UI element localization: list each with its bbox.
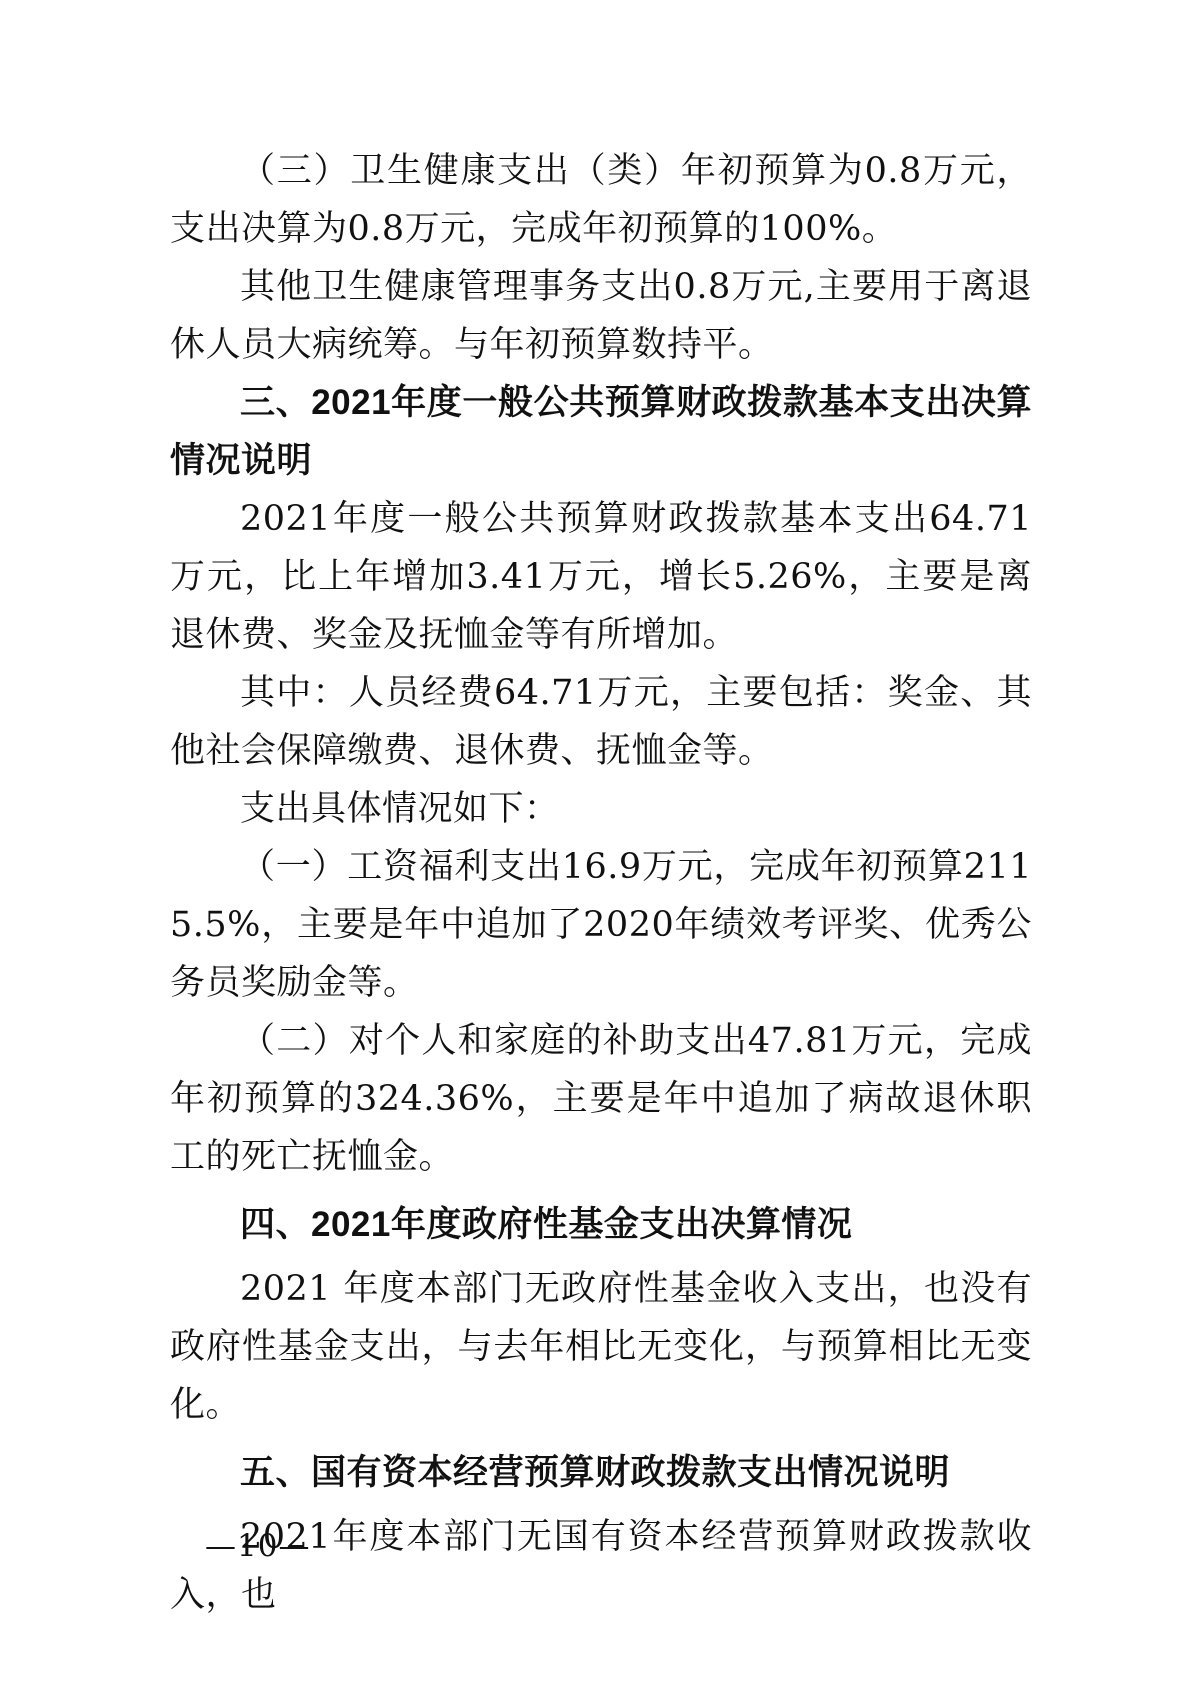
paragraph-individual-family-subsidy: （二）对个人和家庭的补助支出47.81万元，完成年初预算的324.36%，主要是… [170, 1012, 1032, 1186]
document-content: （三）卫生健康支出（类）年初预算为0.8万元，支出决算为0.8万元，完成年初预算… [170, 142, 1032, 1624]
paragraph-salary-welfare: （一）工资福利支出16.9万元，完成年初预算2115.5%，主要是年中追加了20… [170, 838, 1032, 1012]
paragraph-no-state-capital: 2021年度本部门无国有资本经营预算财政拨款收入，也 [170, 1508, 1032, 1624]
paragraph-expenditure-details-intro: 支出具体情况如下： [170, 780, 1032, 838]
section-heading-3-basic-expenditure: 三、2021年度一般公共预算财政拨款基本支出决算情况说明 [170, 374, 1032, 490]
paragraph-health-expenditure: （三）卫生健康支出（类）年初预算为0.8万元，支出决算为0.8万元，完成年初预算… [170, 142, 1032, 258]
paragraph-no-government-funds: 2021 年度本部门无政府性基金收入支出，也没有政府性基金支出，与去年相比无变化… [170, 1260, 1032, 1434]
paragraph-personnel-funds: 其中：人员经费64.71万元，主要包括：奖金、其他社会保障缴费、退休费、抚恤金等… [170, 664, 1032, 780]
paragraph-other-health-admin: 其他卫生健康管理事务支出0.8万元,主要用于离退休人员大病统筹。与年初预算数持平… [170, 258, 1032, 374]
page-number: —10— [205, 1528, 310, 1564]
section-heading-5-state-capital: 五、国有资本经营预算财政拨款支出情况说明 [170, 1444, 1032, 1502]
document-page: （三）卫生健康支出（类）年初预算为0.8万元，支出决算为0.8万元，完成年初预算… [0, 0, 1199, 1696]
paragraph-basic-expenditure-total: 2021年度一般公共预算财政拨款基本支出64.71万元，比上年增加3.41万元，… [170, 490, 1032, 664]
section-heading-4-government-funds: 四、2021年度政府性基金支出决算情况 [170, 1196, 1032, 1254]
